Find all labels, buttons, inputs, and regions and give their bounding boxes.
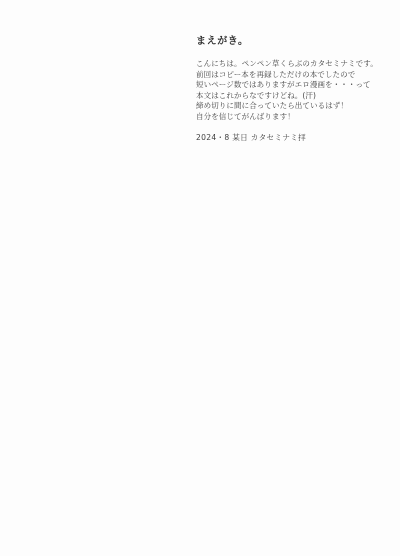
foreword-title: まえがき。 [196, 32, 378, 47]
foreword-date-signature: 2024・8 某日 カタセミナミ拝 [196, 133, 378, 144]
foreword-line-3: 短いページ数ではありますがエロ漫画を・・・って [196, 80, 378, 91]
foreword-line-4: 本文はこれからなですけどね。(汗) [196, 91, 378, 102]
scanned-foreword-page: まえがき。 こんにちは。ペンペン草くらぶのカタセミナミです。 前回はコピー本を再… [0, 0, 400, 556]
foreword-line-1: こんにちは。ペンペン草くらぶのカタセミナミです。 [196, 59, 378, 70]
foreword-line-6: 自分を信じてがんばります！ [196, 112, 378, 123]
foreword-text-block: まえがき。 こんにちは。ペンペン草くらぶのカタセミナミです。 前回はコピー本を再… [196, 32, 378, 143]
foreword-line-5: 締め切りに間に合っていたら出ているはず！ [196, 101, 378, 112]
foreword-line-2: 前回はコピー本を再録しただけの本でしたので [196, 70, 378, 81]
